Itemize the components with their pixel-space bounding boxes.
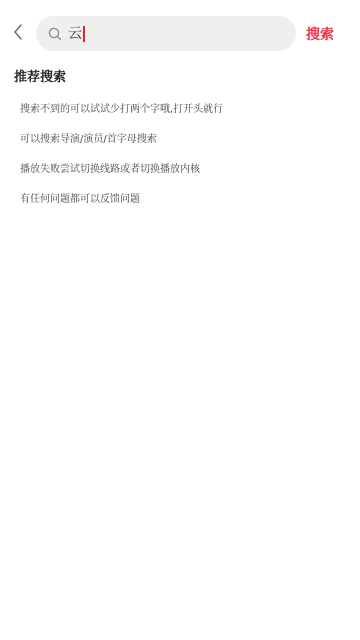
status-bar [0,0,360,6]
back-button[interactable] [8,22,28,46]
suggest-item[interactable]: 有任何问题都可以反馈问题 [20,190,346,220]
chevron-left-icon [13,23,23,45]
text-caret [83,26,85,42]
search-box[interactable]: 云 [36,16,296,51]
suggest-item[interactable]: 播放失败尝试切换线路或者切换播放内核 [20,160,346,190]
search-icon [48,27,62,41]
recommend-title: 推荐搜索 [14,68,346,88]
search-header: 云 搜索 [0,16,360,52]
search-input-value: 云 [68,24,82,44]
suggest-list: 搜索不到的可以试试少打两个字哦,打开头就行 可以搜索导演/演员/首字母搜索 播放… [14,100,346,220]
suggest-item[interactable]: 可以搜索导演/演员/首字母搜索 [20,130,346,160]
search-button[interactable]: 搜索 [306,24,334,44]
search-input[interactable]: 云 [68,24,85,44]
suggest-item[interactable]: 搜索不到的可以试试少打两个字哦,打开头就行 [20,100,346,130]
recommend-section: 推荐搜索 搜索不到的可以试试少打两个字哦,打开头就行 可以搜索导演/演员/首字母… [14,68,346,220]
